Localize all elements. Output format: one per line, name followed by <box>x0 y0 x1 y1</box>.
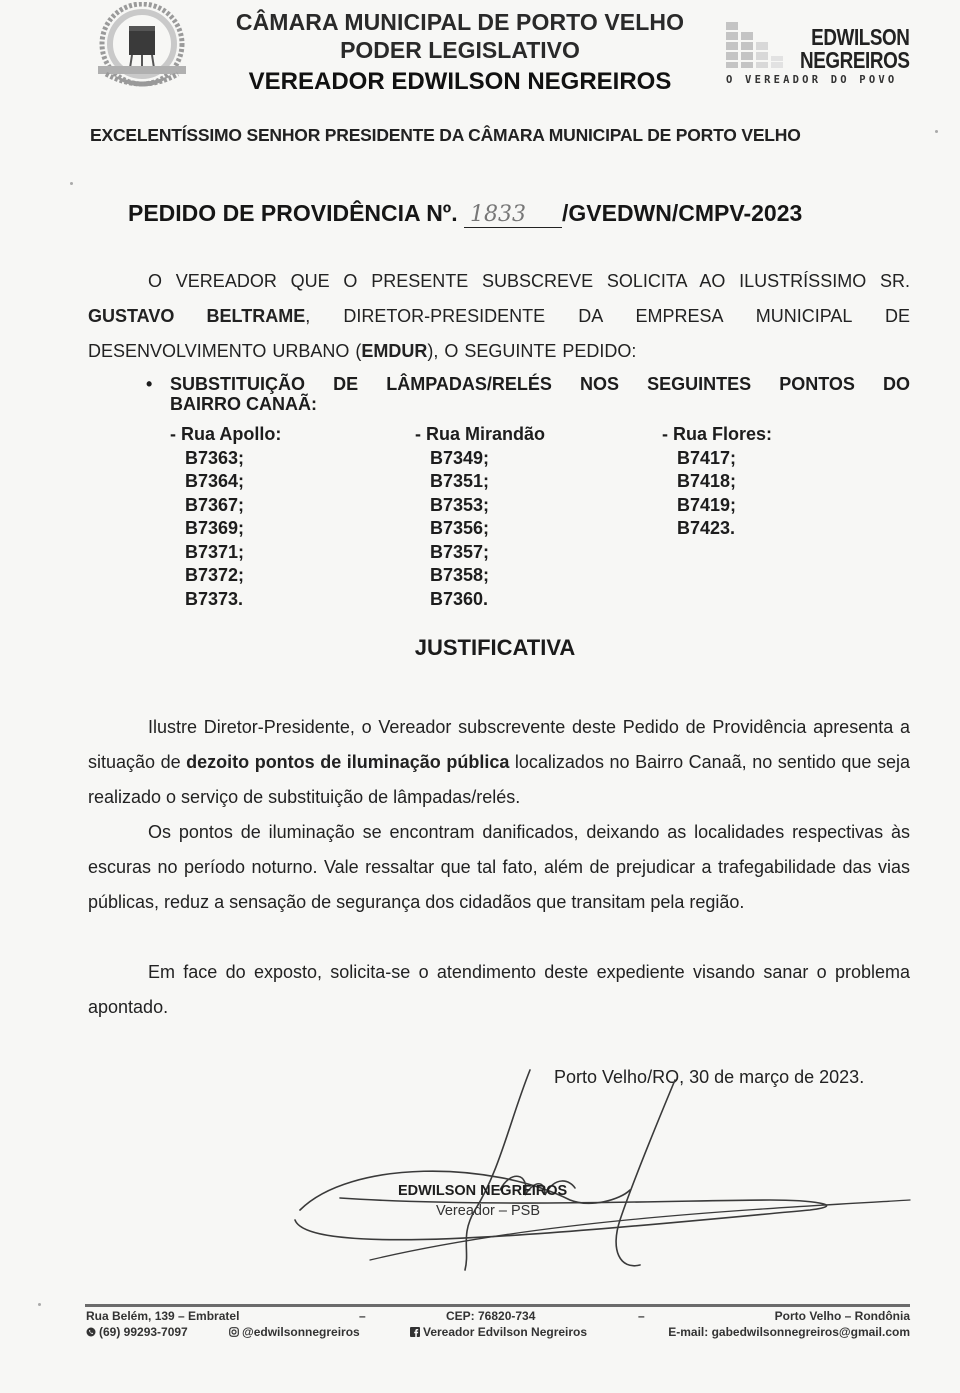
street-list-mirandao: - Rua MirandãoB7349;B7351;B7353;B7356;B7… <box>415 423 545 611</box>
lighting-point-code: B7357; <box>430 541 545 565</box>
signer-role: Vereador – PSB <box>436 1203 540 1219</box>
lighting-point-code: B7360. <box>430 588 545 612</box>
footer-instagram: @edwilsonnegreiros <box>229 1325 360 1339</box>
signer-name: EDWILSON NEGREIROS <box>398 1183 567 1199</box>
scan-speck <box>935 130 938 133</box>
footer-divider <box>85 1304 910 1307</box>
request-item-line2: BAIRRO CANAÃ: <box>170 394 317 414</box>
agency-acronym: EMDUR <box>361 341 427 361</box>
street-name: - Rua Apollo: <box>170 423 281 447</box>
request-title: PEDIDO DE PROVIDÊNCIA Nº. 1833/GVEDWN/CM… <box>128 200 802 228</box>
lighting-point-code: B7418; <box>677 470 772 494</box>
footer-separator: – <box>638 1309 645 1323</box>
addressee-line: EXCELENTÍSSIMO SENHOR PRESIDENTE DA CÂMA… <box>90 125 910 146</box>
handwritten-signature <box>290 1060 920 1280</box>
footer-separator: – <box>359 1309 366 1323</box>
intro-paragraph: O VEREADOR QUE O PRESENTE SUBSCREVE SOLI… <box>88 264 910 369</box>
lighting-point-code: B7367; <box>185 494 281 518</box>
legislative-branch: PODER LEGISLATIVO <box>200 37 720 64</box>
footer-city: Porto Velho – Rondônia <box>775 1309 910 1323</box>
lighting-point-code: B7351; <box>430 470 545 494</box>
lighting-point-code: B7358; <box>430 564 545 588</box>
whatsapp-icon <box>86 1327 96 1337</box>
street-list-apollo: - Rua Apollo:B7363;B7364;B7367;B7369;B73… <box>170 423 281 611</box>
bar-graph-icon <box>726 22 786 68</box>
street-name: - Rua Flores: <box>662 423 772 447</box>
lighting-point-code: B7363; <box>185 447 281 471</box>
scan-speck <box>70 182 73 185</box>
scan-speck <box>38 1303 41 1306</box>
footer-cep: CEP: 76820-734 <box>446 1309 535 1323</box>
bullet-icon: • <box>146 374 152 394</box>
lighting-point-code: B7419; <box>677 494 772 518</box>
brand-tagline: O VEREADOR DO POVO <box>726 74 897 86</box>
street-list-flores: - Rua Flores:B7417;B7418;B7419;B7423. <box>662 423 772 541</box>
director-name: GUSTAVO BELTRAME <box>88 306 305 326</box>
justification-paragraph-3: Em face do exposto, solicita-se o atendi… <box>88 955 910 1025</box>
request-item-line1: SUBSTITUIÇÃO DE LÂMPADAS/RELÉS NOS SEGUI… <box>170 374 910 394</box>
institution-name: CÂMARA MUNICIPAL DE PORTO VELHO <box>200 9 720 36</box>
highlight-lighting-points: dezoito pontos de iluminação pública <box>186 752 509 772</box>
request-suffix: /GVEDWN/CMPV-2023 <box>562 200 802 226</box>
instagram-icon <box>229 1327 239 1337</box>
lighting-point-code: B7373. <box>185 588 281 612</box>
footer-phone: (69) 99293-7097 <box>86 1325 188 1339</box>
brand-name: EDWILSON NEGREIROS <box>801 26 910 72</box>
footer-address: Rua Belém, 139 – Embratel <box>86 1309 239 1323</box>
lighting-point-code: B7353; <box>430 494 545 518</box>
justification-paragraph-2: Os pontos de iluminação se encontram dan… <box>88 815 910 920</box>
request-number-handwritten: 1833 <box>464 202 562 228</box>
street-name: - Rua Mirandão <box>415 423 545 447</box>
request-item: • SUBSTITUIÇÃO DE LÂMPADAS/RELÉS NOS SEG… <box>146 374 910 414</box>
facebook-icon <box>410 1327 420 1337</box>
lighting-point-code: B7417; <box>677 447 772 471</box>
lighting-point-code: B7364; <box>185 470 281 494</box>
justification-title: JUSTIFICATIVA <box>0 635 960 661</box>
lighting-point-code: B7372; <box>185 564 281 588</box>
city-council-seal-logo <box>92 2 192 94</box>
lighting-point-code: B7371; <box>185 541 281 565</box>
footer-facebook: Vereador Edvilson Negreiros <box>410 1325 587 1339</box>
lighting-point-code: B7349; <box>430 447 545 471</box>
lighting-point-code: B7356; <box>430 517 545 541</box>
lighting-point-code: B7423. <box>677 517 772 541</box>
request-prefix: PEDIDO DE PROVIDÊNCIA Nº. <box>128 200 458 226</box>
councilor-office: VEREADOR EDWILSON NEGREIROS <box>200 68 720 96</box>
lighting-point-code: B7369; <box>185 517 281 541</box>
footer-email: E-mail: gabedwilsonnegreiros@gmail.com <box>668 1325 910 1339</box>
justification-paragraph-1: Ilustre Diretor-Presidente, o Vereador s… <box>88 710 910 815</box>
councilor-brand-logo: EDWILSON NEGREIROS O VEREADOR DO POVO <box>726 18 912 94</box>
